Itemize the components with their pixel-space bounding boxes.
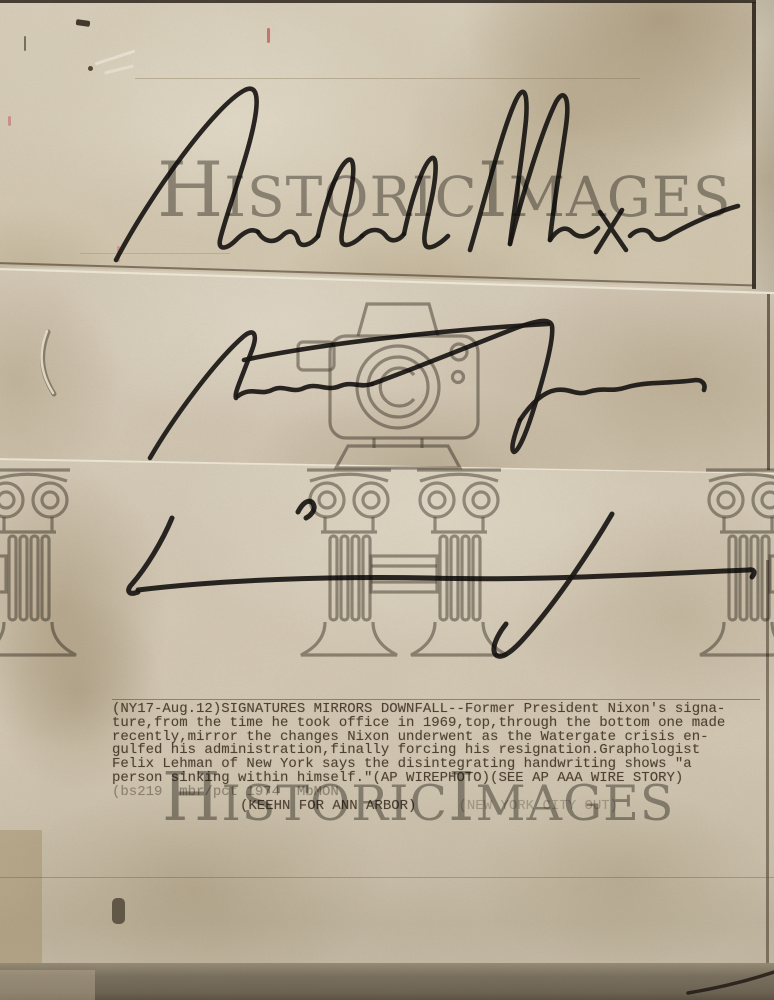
- photo-top-edge: [0, 0, 756, 3]
- caption-rule: [112, 699, 760, 700]
- red-grease-mark: [8, 116, 11, 126]
- stain: [112, 898, 125, 924]
- tonal-step: [0, 877, 774, 878]
- press-photo-scan: (NY17-Aug.12)SIGNATURES MIRRORS DOWNFALL…: [0, 0, 774, 1000]
- stain: [0, 970, 95, 1000]
- red-grease-mark: [267, 28, 270, 43]
- scratch: [104, 64, 134, 74]
- strip-watergate-signature: [0, 258, 774, 478]
- red-grease-mark: [117, 246, 120, 262]
- caption-credit: (KEEHN FOR ANN ARBOR): [240, 800, 416, 814]
- pencil-tick: [24, 36, 26, 51]
- caption-block: (NY17-Aug.12)SIGNATURES MIRRORS DOWNFALL…: [112, 703, 772, 813]
- strip-edge-shadow: [767, 294, 770, 470]
- strip-1969-signature: [0, 0, 774, 300]
- ink-dash-mark: [76, 19, 91, 27]
- strip-edge-shadow: [752, 2, 756, 289]
- scratch: [95, 50, 136, 66]
- pencil-line: [135, 78, 640, 79]
- speck: [88, 66, 93, 71]
- photo-bottom-band: [0, 963, 774, 1000]
- caption-slug-line: (bs219 mbr/pct 1974 MbMON: [112, 786, 772, 800]
- pencil-line: [80, 253, 230, 254]
- caption-stamp-faint: (NEW YORK CITY OUT): [458, 800, 618, 814]
